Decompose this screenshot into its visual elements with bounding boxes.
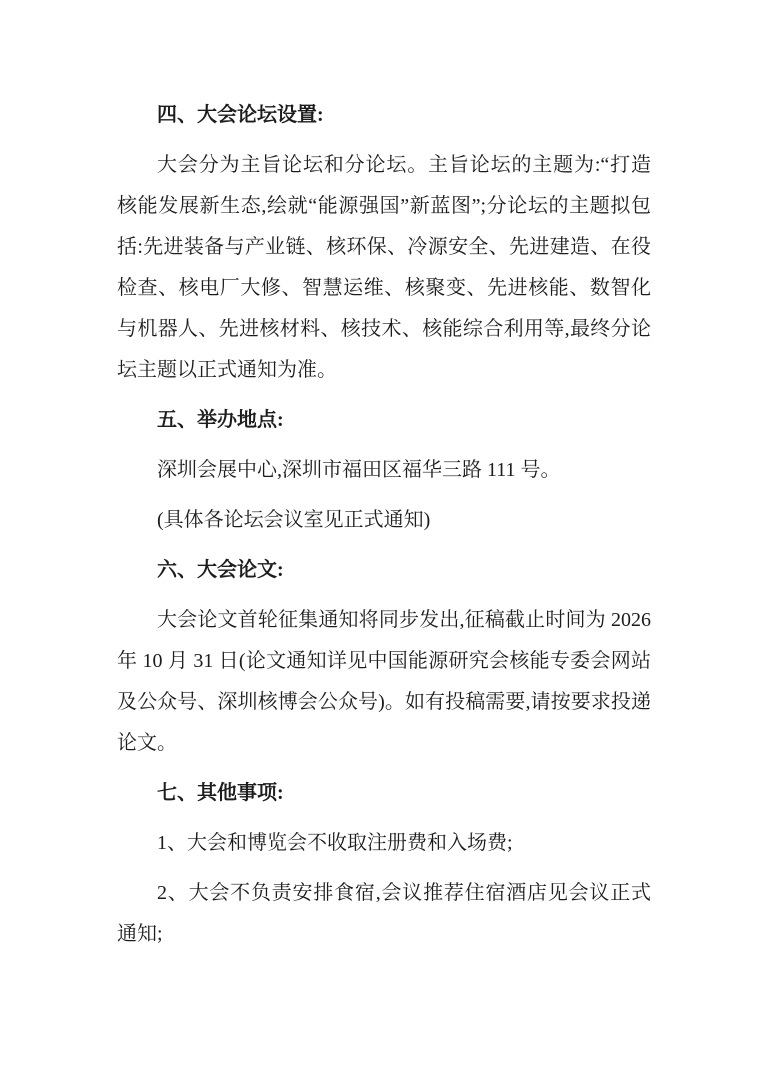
document-page: 四、大会论坛设置: 大会分为主旨论坛和分论坛。主旨论坛的主题为:“打造核能发展新… [0,0,768,1086]
paragraph-papers-detail: 大会论文首轮征集通知将同步发出,征稿截止时间为 2026 年 10 月 31 日… [117,600,651,764]
paragraph-venue-address: 深圳会展中心,深圳市福田区福华三路 111 号。 [117,450,651,491]
section-heading-other: 七、其他事项: [117,773,651,814]
paragraph-venue-note: (具体各论坛会议室见正式通知) [117,500,651,541]
section-heading-papers: 六、大会论文: [117,550,651,591]
paragraph-other-item-1: 1、大会和博览会不收取注册费和入场费; [117,823,651,864]
paragraph-forums-detail: 大会分为主旨论坛和分论坛。主旨论坛的主题为:“打造核能发展新生态,绘就“能源强国… [117,145,651,391]
section-heading-venue: 五、举办地点: [117,400,651,441]
section-heading-forums: 四、大会论坛设置: [117,95,651,136]
paragraph-other-item-2: 2、大会不负责安排食宿,会议推荐住宿酒店见会议正式通知; [117,873,651,955]
